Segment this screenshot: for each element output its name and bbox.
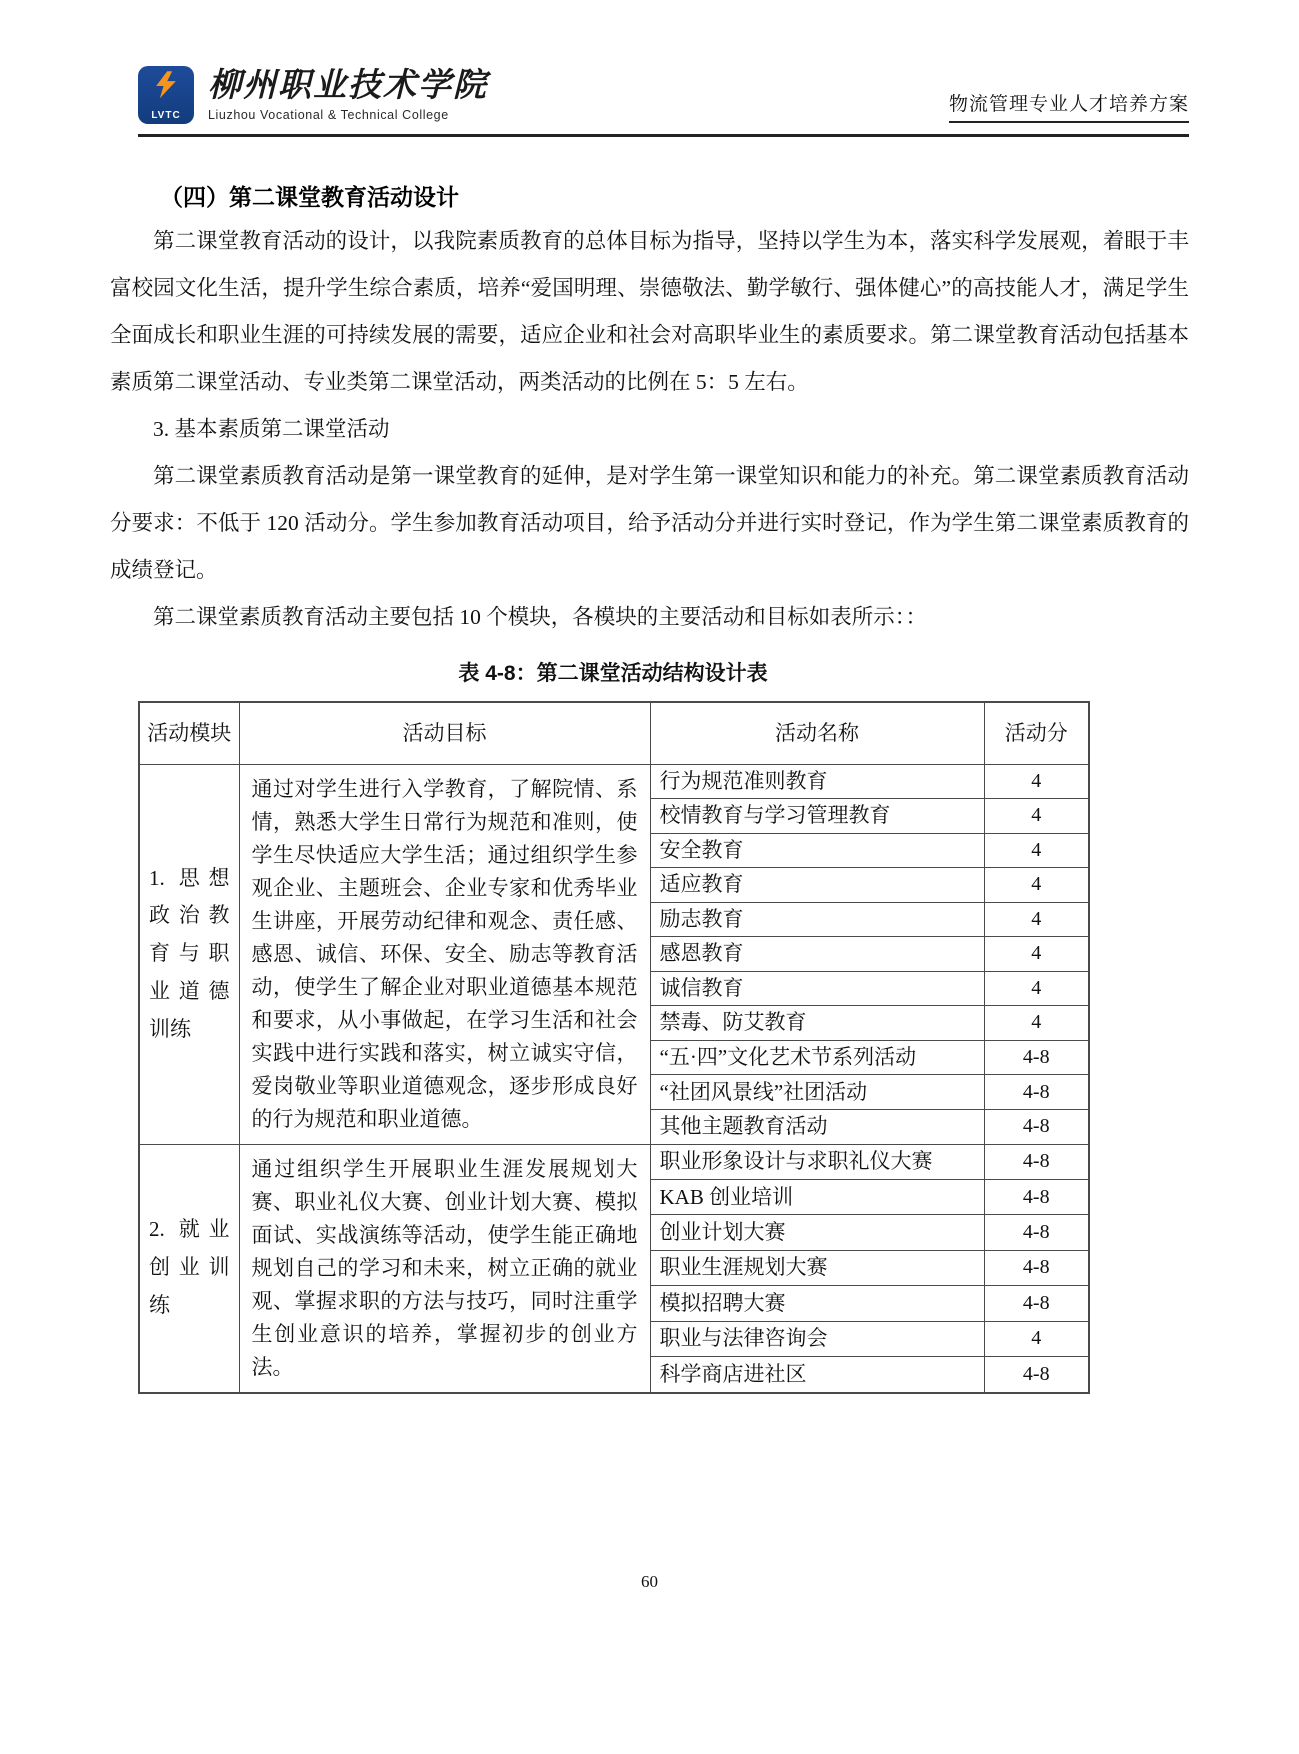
activity-score-cell: 4 <box>984 868 1089 903</box>
activity-score-cell: 4 <box>984 937 1089 972</box>
activity-score-cell: 4-8 <box>984 1179 1089 1214</box>
activity-score-cell: 4 <box>984 902 1089 937</box>
activity-structure-table: 活动模块 活动目标 活动名称 活动分 1. 思想政治教育与职业道德训练通过对学生… <box>138 701 1090 1394</box>
activity-score-cell: 4-8 <box>984 1250 1089 1285</box>
activity-name-cell: 职业形象设计与求职礼仪大赛 <box>650 1144 984 1179</box>
activity-name-cell: 禁毒、防艾教育 <box>650 1006 984 1041</box>
college-logo: LVTC <box>138 66 194 124</box>
activity-score-cell: 4-8 <box>984 1040 1089 1075</box>
document-page: LVTC 柳州职业技术学院 Liuzhou Vocational & Techn… <box>0 66 1299 1394</box>
activity-score-cell: 4-8 <box>984 1109 1089 1144</box>
module-cell: 2. 就业创业训练 <box>139 1144 239 1393</box>
college-name-en: Liuzhou Vocational & Technical College <box>208 108 488 122</box>
activity-score-cell: 4 <box>984 971 1089 1006</box>
activity-name-cell: 模拟招聘大赛 <box>650 1286 984 1321</box>
paragraph-modules: 第二课堂素质教育活动主要包括 10 个模块，各模块的主要活动和目标如表所示：： <box>110 594 1189 641</box>
doc-title: 物流管理专业人才培养方案 <box>949 89 1189 123</box>
activity-name-cell: 职业生涯规划大赛 <box>650 1250 984 1285</box>
activity-name-cell: 感恩教育 <box>650 937 984 972</box>
activity-name-cell: 创业计划大赛 <box>650 1215 984 1250</box>
paragraph-intro: 第二课堂教育活动的设计，以我院素质教育的总体目标为指导，坚持以学生为本，落实科学… <box>110 218 1189 406</box>
table-header-row: 活动模块 活动目标 活动名称 活动分 <box>139 702 1089 764</box>
lightning-icon <box>151 70 181 102</box>
activity-score-cell: 4-8 <box>984 1144 1089 1179</box>
college-names: 柳州职业技术学院 Liuzhou Vocational & Technical … <box>208 68 488 122</box>
activity-name-cell: 安全教育 <box>650 833 984 868</box>
page-header: LVTC 柳州职业技术学院 Liuzhou Vocational & Techn… <box>138 66 1189 137</box>
activity-score-cell: 4 <box>984 1321 1089 1356</box>
activity-name-cell: 诚信教育 <box>650 971 984 1006</box>
activity-score-cell: 4-8 <box>984 1215 1089 1250</box>
table-row: 1. 思想政治教育与职业道德训练通过对学生进行入学教育，了解院情、系情，熟悉大学… <box>139 764 1089 799</box>
table-section: 表 4-8：第二课堂活动结构设计表 活动模块 活动目标 活动名称 活动分 1. … <box>110 657 1189 1394</box>
list-item-3: 3. 基本素质第二课堂活动 <box>110 406 1189 453</box>
activity-score-cell: 4 <box>984 1006 1089 1041</box>
page-number: 60 <box>0 1572 1299 1592</box>
activity-score-cell: 4 <box>984 764 1089 799</box>
activity-score-cell: 4-8 <box>984 1075 1089 1110</box>
activity-name-cell: “五·四”文化艺术节系列活动 <box>650 1040 984 1075</box>
col-header-activity-name: 活动名称 <box>650 702 984 764</box>
activity-name-cell: 其他主题教育活动 <box>650 1109 984 1144</box>
activity-name-cell: 励志教育 <box>650 902 984 937</box>
activity-name-cell: KAB 创业培训 <box>650 1179 984 1214</box>
section-heading: （四）第二课堂教育活动设计 <box>160 179 1189 212</box>
activity-score-cell: 4-8 <box>984 1357 1089 1393</box>
activity-score-cell: 4-8 <box>984 1286 1089 1321</box>
col-header-goal: 活动目标 <box>239 702 650 764</box>
activity-name-cell: 校情教育与学习管理教育 <box>650 799 984 834</box>
table-caption: 表 4-8：第二课堂活动结构设计表 <box>138 657 1088 687</box>
table-row: 2. 就业创业训练通过组织学生开展职业生涯发展规划大赛、职业礼仪大赛、创业计划大… <box>139 1144 1089 1179</box>
activity-name-cell: 行为规范准则教育 <box>650 764 984 799</box>
activity-score-cell: 4 <box>984 799 1089 834</box>
col-header-score: 活动分 <box>984 702 1089 764</box>
paragraph-extension: 第二课堂素质教育活动是第一课堂教育的延伸，是对学生第一课堂知识和能力的补充。第二… <box>110 453 1189 594</box>
activity-name-cell: 职业与法律咨询会 <box>650 1321 984 1356</box>
col-header-module: 活动模块 <box>139 702 239 764</box>
activity-name-cell: 适应教育 <box>650 868 984 903</box>
goal-cell: 通过组织学生开展职业生涯发展规划大赛、职业礼仪大赛、创业计划大赛、模拟面试、实战… <box>239 1144 650 1393</box>
header-left: LVTC 柳州职业技术学院 Liuzhou Vocational & Techn… <box>138 66 488 124</box>
college-name-zh: 柳州职业技术学院 <box>208 68 488 104</box>
logo-acronym: LVTC <box>138 110 194 121</box>
activity-name-cell: “社团风景线”社团活动 <box>650 1075 984 1110</box>
activity-name-cell: 科学商店进社区 <box>650 1357 984 1393</box>
activity-score-cell: 4 <box>984 833 1089 868</box>
goal-cell: 通过对学生进行入学教育，了解院情、系情，熟悉大学生日常行为规范和准则，使学生尽快… <box>239 764 650 1144</box>
module-cell: 1. 思想政治教育与职业道德训练 <box>139 764 239 1144</box>
